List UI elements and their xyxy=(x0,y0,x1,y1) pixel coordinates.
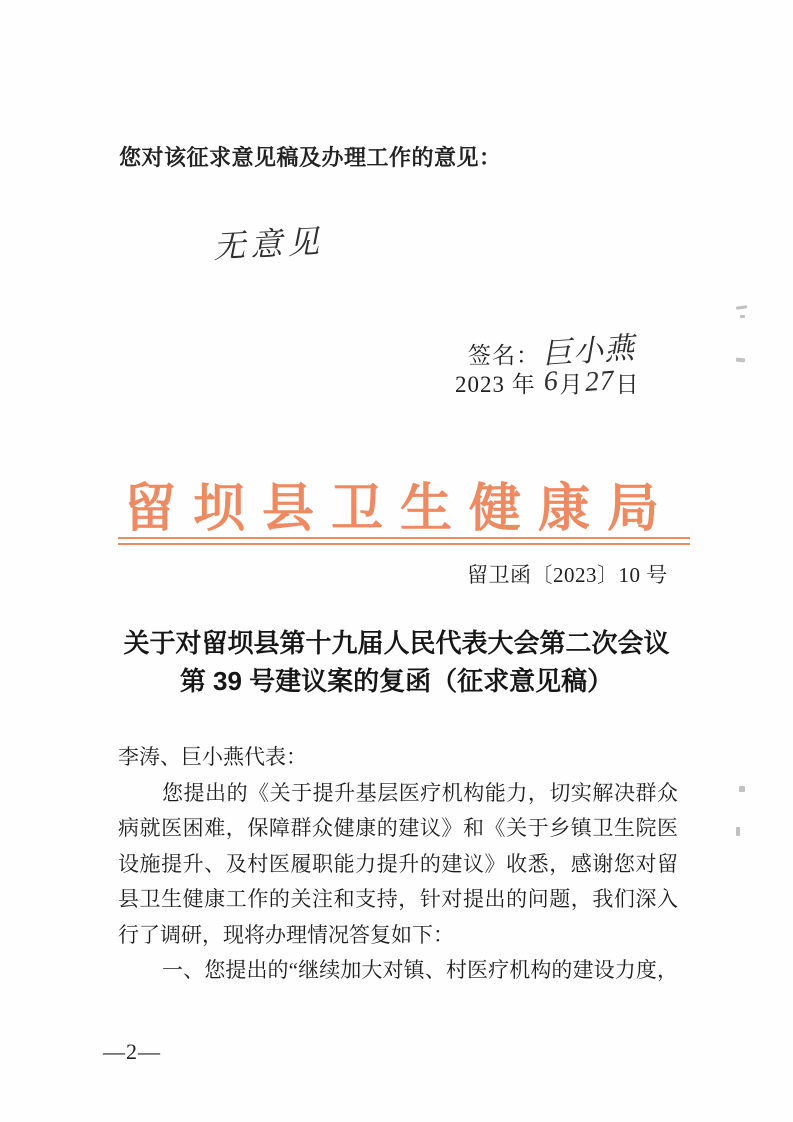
letterhead-double-rule xyxy=(118,537,690,545)
opinion-prompt-label: 您对该征求意见稿及办理工作的意见： xyxy=(119,141,502,172)
date-line: 2023 年 6月27日 xyxy=(455,366,640,400)
body-line: 病就医困难，保障群众健康的建议》和《关于乡镇卫生院医疗 xyxy=(118,811,678,847)
handwritten-month-value: 6 xyxy=(542,366,559,399)
letterhead-org-name: 留坝县卫生健康局 xyxy=(108,466,692,541)
date-day-unit: 日 xyxy=(616,372,640,397)
document-number: 留卫函〔2023〕10 号 xyxy=(467,559,668,589)
scanned-document-page: 您对该征求意见稿及办理工作的意见： 无意见 签名：巨小燕 2023 年 6月27… xyxy=(0,0,793,1122)
date-month-unit: 月 xyxy=(560,372,584,397)
signature-label: 签名： xyxy=(468,343,540,368)
scan-artifact xyxy=(736,827,740,836)
document-title-line2: 第 39 号建议案的复函（征求意见稿） xyxy=(60,662,733,700)
scan-artifact xyxy=(736,358,745,363)
date-year: 2023 年 xyxy=(455,372,536,397)
body-line: 一、您提出的“继续加大对镇、村医疗机构的建设力度， xyxy=(118,953,678,989)
handwritten-opinion-text: 无意见 xyxy=(212,216,325,268)
body-line: 县卫生健康工作的关注和支持，针对提出的问题，我们深入进 xyxy=(118,882,678,918)
salutation: 李涛、巨小燕代表： xyxy=(118,740,678,776)
body-line: 行了调研，现将办理情况答复如下： xyxy=(118,918,678,954)
document-title-line1: 关于对留坝县第十九届人民代表大会第二次会议 xyxy=(60,624,733,662)
handwritten-day-value: 27 xyxy=(583,365,615,399)
body-line: 您提出的《关于提升基层医疗机构能力，切实解决群众看 xyxy=(118,776,678,812)
page-number: —2— xyxy=(103,1039,161,1065)
document-title: 关于对留坝县第十九届人民代表大会第二次会议 第 39 号建议案的复函（征求意见稿… xyxy=(60,624,733,700)
scan-artifact xyxy=(739,786,745,792)
scan-artifact xyxy=(740,315,745,318)
body-line: 设施提升、及村医履职能力提升的建议》收悉，感谢您对留坝 xyxy=(118,847,678,883)
scan-artifact xyxy=(736,305,747,310)
body-text: 李涛、巨小燕代表： 您提出的《关于提升基层医疗机构能力，切实解决群众看 病就医困… xyxy=(118,740,678,989)
